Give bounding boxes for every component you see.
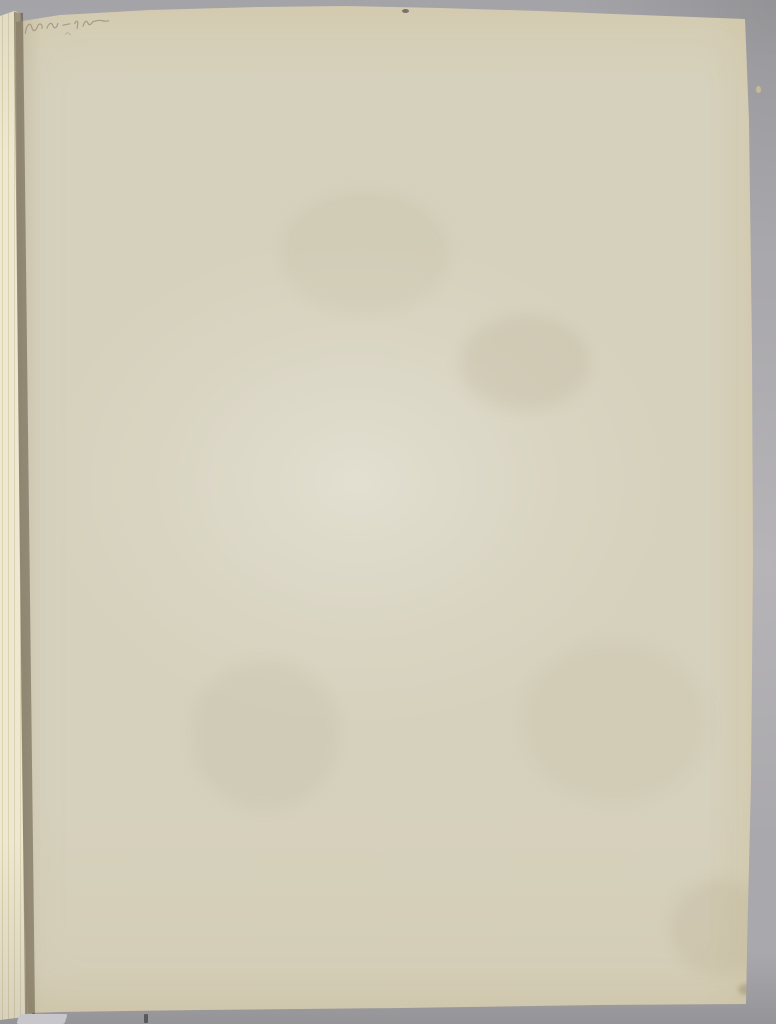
cradle-wedge (16, 1014, 67, 1024)
page-stain (460, 315, 590, 410)
background-fleck (756, 86, 761, 93)
page-stain (670, 880, 770, 975)
edge-notch (402, 9, 409, 13)
page-stain (520, 640, 710, 805)
scan-background (0, 0, 776, 1024)
surface-speck (144, 1014, 148, 1023)
corner-smudge (738, 984, 756, 995)
pencil-inscription (20, 12, 113, 43)
page-stain (190, 660, 340, 810)
page-stain (280, 190, 450, 315)
album-page (0, 0, 776, 1024)
